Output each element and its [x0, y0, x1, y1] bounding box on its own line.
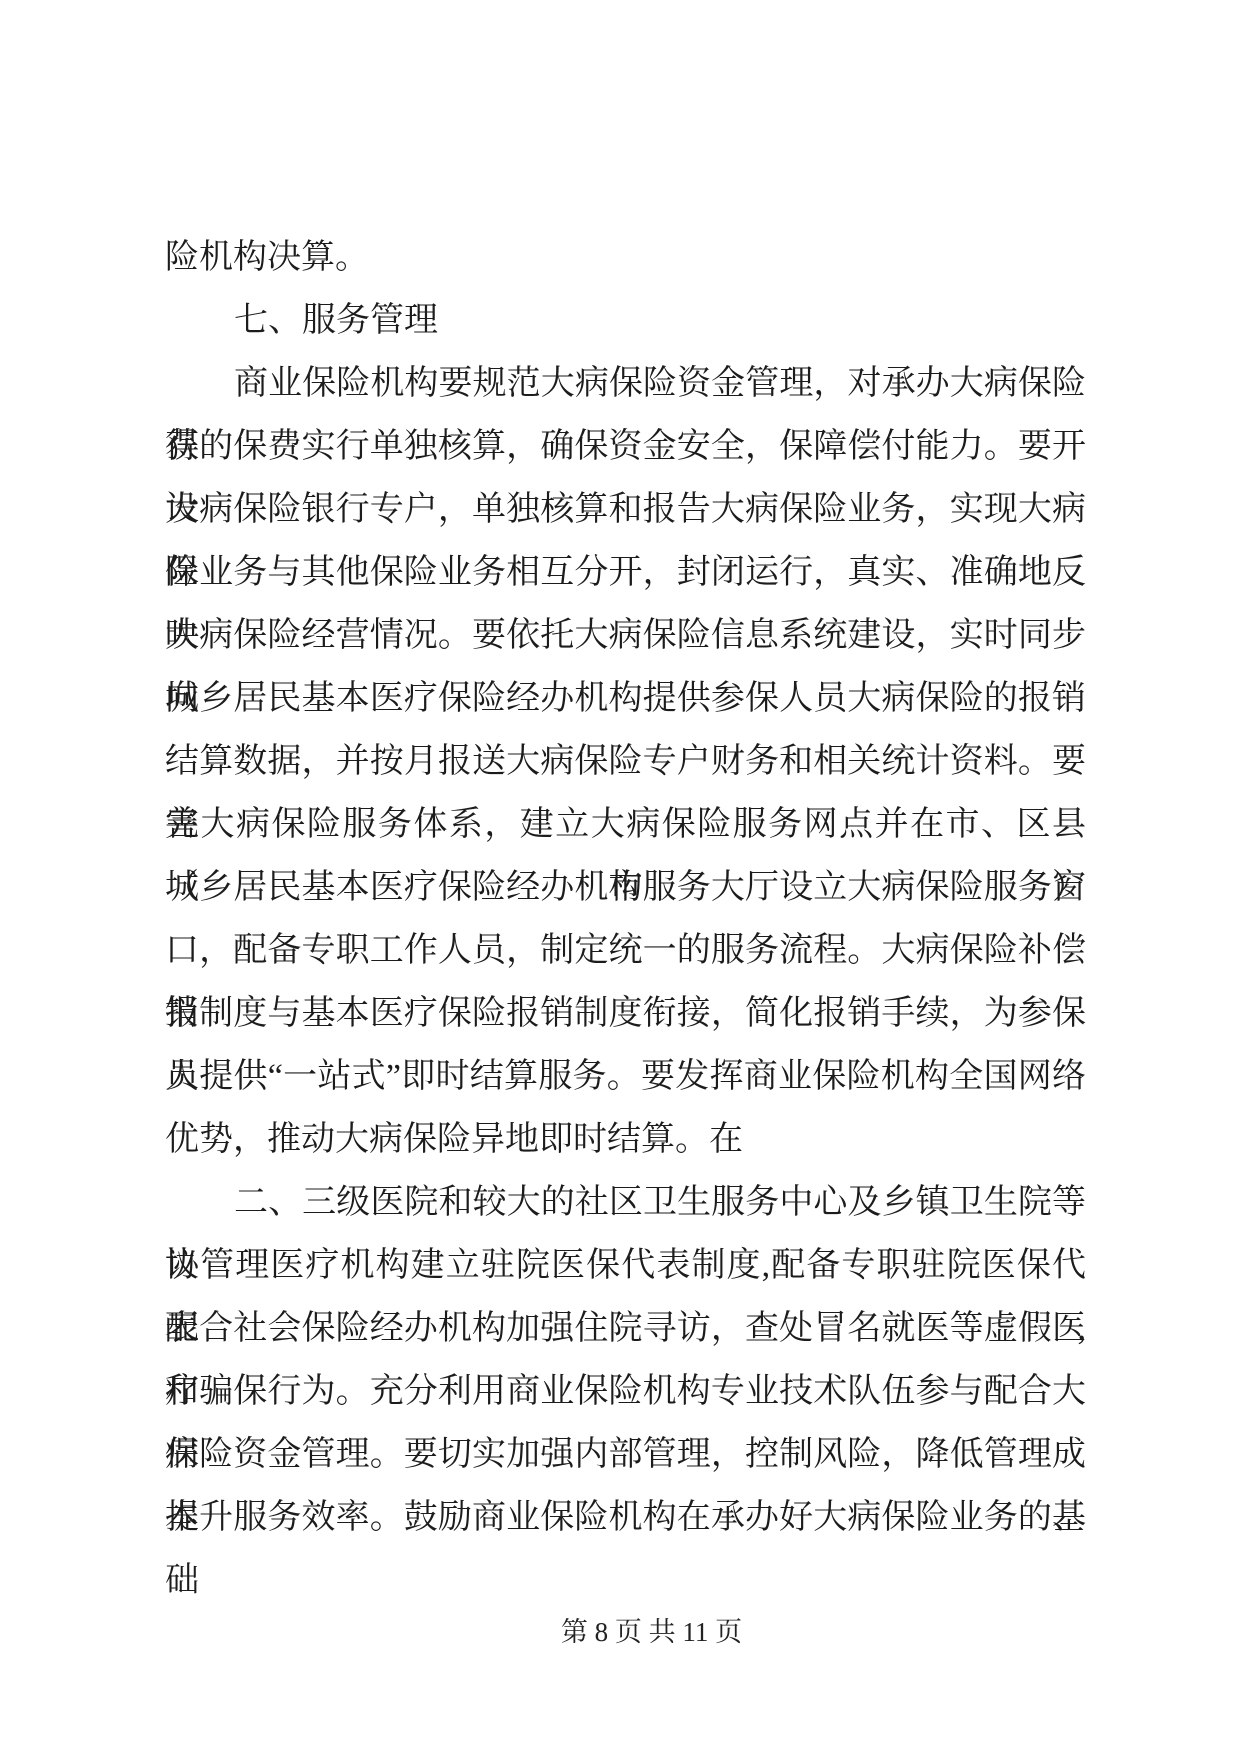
text-line: 善大病保险服务体系，建立大病保险服务网点并在市、区县（市）: [165, 793, 1086, 856]
text-line: 销制度与基本医疗保险报销制度衔接，简化报销手续，为参保人: [165, 982, 1086, 1045]
text-line: 得的保费实行单独核算，确保资金安全，保障偿付能力。要开设: [165, 415, 1086, 478]
text-line: 口，配备专职工作人员，制定统一的服务流程。大病保险补偿报: [165, 919, 1086, 982]
text-line: 七、服务管理: [165, 289, 1086, 352]
document-body: 险机构决算。七、服务管理商业保险机构要规范大病保险资金管理，对承办大病保险获得的…: [165, 226, 1086, 1549]
text-line: 城乡居民基本医疗保险经办机构服务大厅设立大病保险服务窗: [165, 856, 1086, 919]
text-line: 和骗保行为。充分利用商业保险机构专业技术队伍参与配合大病: [165, 1360, 1086, 1423]
text-line: 险业务与其他保险业务相互分开，封闭运行，真实、准确地反映: [165, 541, 1086, 604]
page-footer: 第 8 页 共 11 页: [31, 1612, 1241, 1652]
continuation-paragraph: 险机构决算。: [165, 226, 1086, 289]
text-line: 提升服务效率。鼓励商业保险机构在承办好大病保险业务的基础: [165, 1486, 1086, 1549]
document-page: 险机构决算。七、服务管理商业保险机构要规范大病保险资金管理，对承办大病保险获得的…: [0, 0, 1241, 1754]
page-number-text: 第 8 页 共 11 页: [561, 1617, 742, 1647]
text-line: 议管理医疗机构建立驻院医保代表制度,配备专职驻院医保代表,: [165, 1234, 1086, 1297]
text-line: 结算数据，并按月报送大病保险专户财务和相关统计资料。要完: [165, 730, 1086, 793]
text-line: 商业保险机构要规范大病保险资金管理，对承办大病保险获: [165, 352, 1086, 415]
text-line: 优势，推动大病保险异地即时结算。在: [165, 1108, 1086, 1171]
text-line: 大病保险经营情况。要依托大病保险信息系统建设，实时同步向: [165, 604, 1086, 667]
text-line: 保险资金管理。要切实加强内部管理，控制风险，降低管理成本、: [165, 1423, 1086, 1486]
text-line: 二、三级医院和较大的社区卫生服务中心及乡镇卫生院等协: [165, 1171, 1086, 1234]
text-line: 大病保险银行专户，单独核算和报告大病保险业务，实现大病保: [165, 478, 1086, 541]
text-line: 险机构决算。: [165, 226, 1086, 289]
body-paragraph: 二、三级医院和较大的社区卫生服务中心及乡镇卫生院等协议管理医疗机构建立驻院医保代…: [165, 1171, 1086, 1549]
text-line: 配合社会保险经办机构加强住院寻访，查处冒名就医等虚假医疗: [165, 1297, 1086, 1360]
section-heading: 七、服务管理: [165, 289, 1086, 352]
text-line: 城乡居民基本医疗保险经办机构提供参保人员大病保险的报销: [165, 667, 1086, 730]
body-paragraph: 商业保险机构要规范大病保险资金管理，对承办大病保险获得的保费实行单独核算，确保资…: [165, 352, 1086, 1171]
text-line: 员提供“一站式”即时结算服务。要发挥商业保险机构全国网络: [165, 1045, 1086, 1108]
